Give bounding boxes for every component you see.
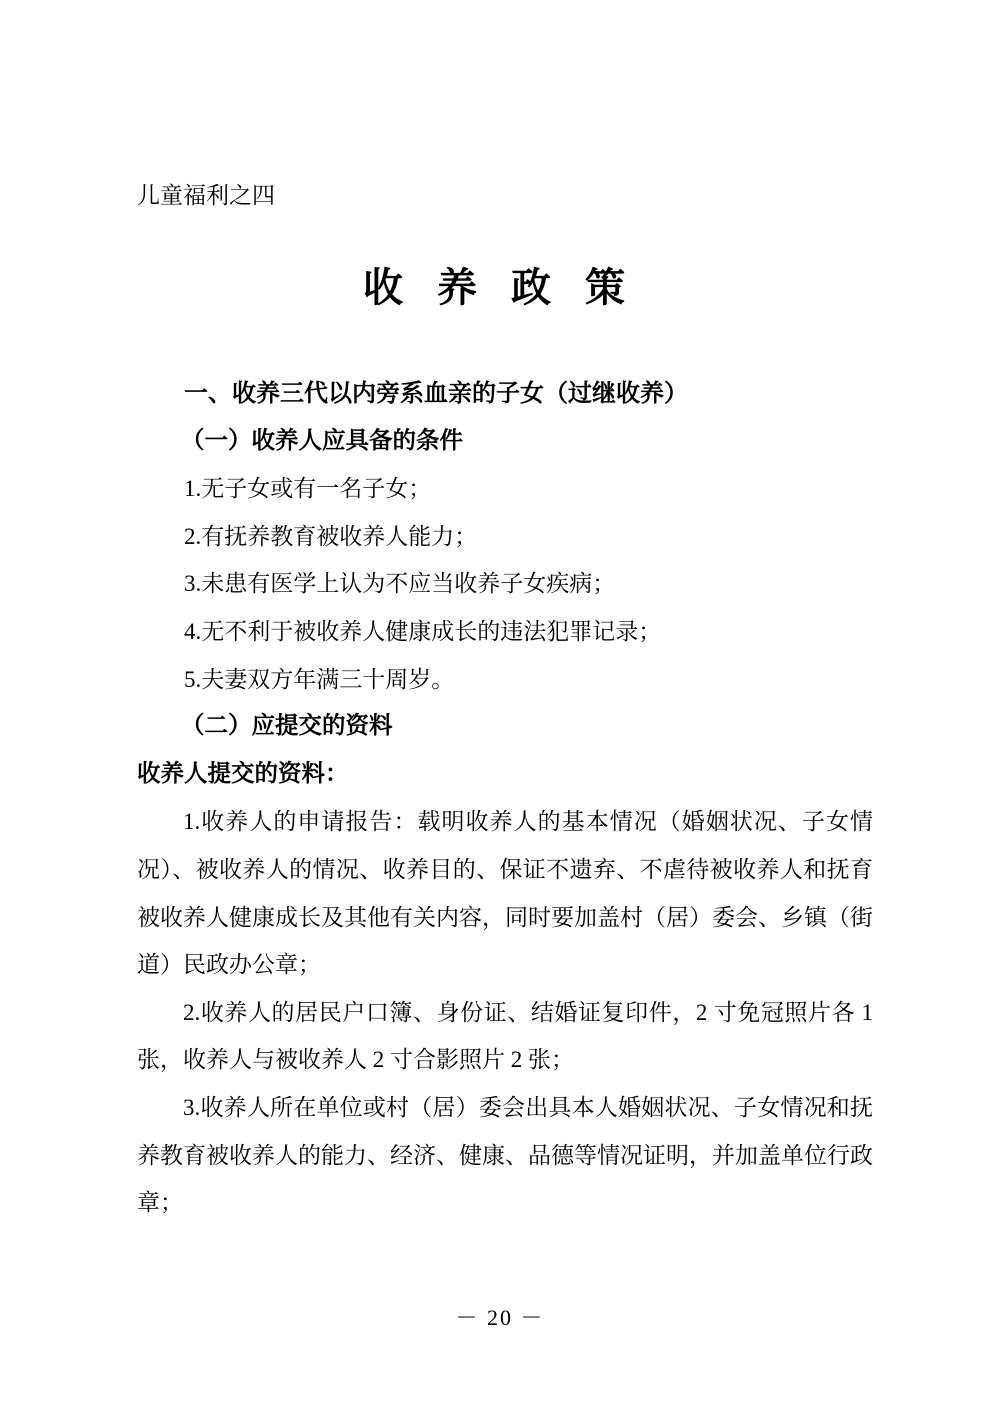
- materials-paragraph-2: 2.收养人的居民户口簿、身份证、结婚证复印件，2 寸免冠照片各 1 张，收养人与…: [137, 989, 873, 1084]
- condition-item-4: 4.无不利于被收养人健康成长的违法犯罪记录；: [137, 608, 873, 656]
- subsection-heading-conditions: （一）收养人应具备的条件: [137, 418, 873, 466]
- subsection-heading-materials: （二）应提交的资料: [137, 703, 873, 751]
- document-body: 一、收养三代以内旁系血亲的子女（过继收养） （一）收养人应具备的条件 1.无子女…: [137, 370, 873, 1227]
- document-page: 儿童福利之四 收 养 政 策 一、收养三代以内旁系血亲的子女（过继收养） （一）…: [0, 0, 1000, 1414]
- condition-item-5: 5.夫妻双方年满三十周岁。: [137, 656, 873, 704]
- document-title: 收 养 政 策: [0, 263, 1000, 313]
- section-heading-1: 一、收养三代以内旁系血亲的子女（过继收养）: [137, 370, 873, 418]
- page-number: － 20 －: [0, 1301, 1000, 1332]
- condition-item-3: 3.未患有医学上认为不应当收养子女疾病；: [137, 560, 873, 608]
- condition-item-2: 2.有抚养教育被收养人能力；: [137, 513, 873, 561]
- condition-item-1: 1.无子女或有一名子女；: [137, 465, 873, 513]
- materials-intro-label: 收养人提交的资料：: [137, 751, 873, 799]
- materials-paragraph-3: 3.收养人所在单位或村（居）委会出具本人婚姻状况、子女情况和抚养教育被收养人的能…: [137, 1084, 873, 1227]
- materials-paragraph-1: 1.收养人的申请报告：载明收养人的基本情况（婚姻状况、子女情况）、被收养人的情况…: [137, 798, 873, 988]
- document-series-label: 儿童福利之四: [137, 182, 275, 210]
